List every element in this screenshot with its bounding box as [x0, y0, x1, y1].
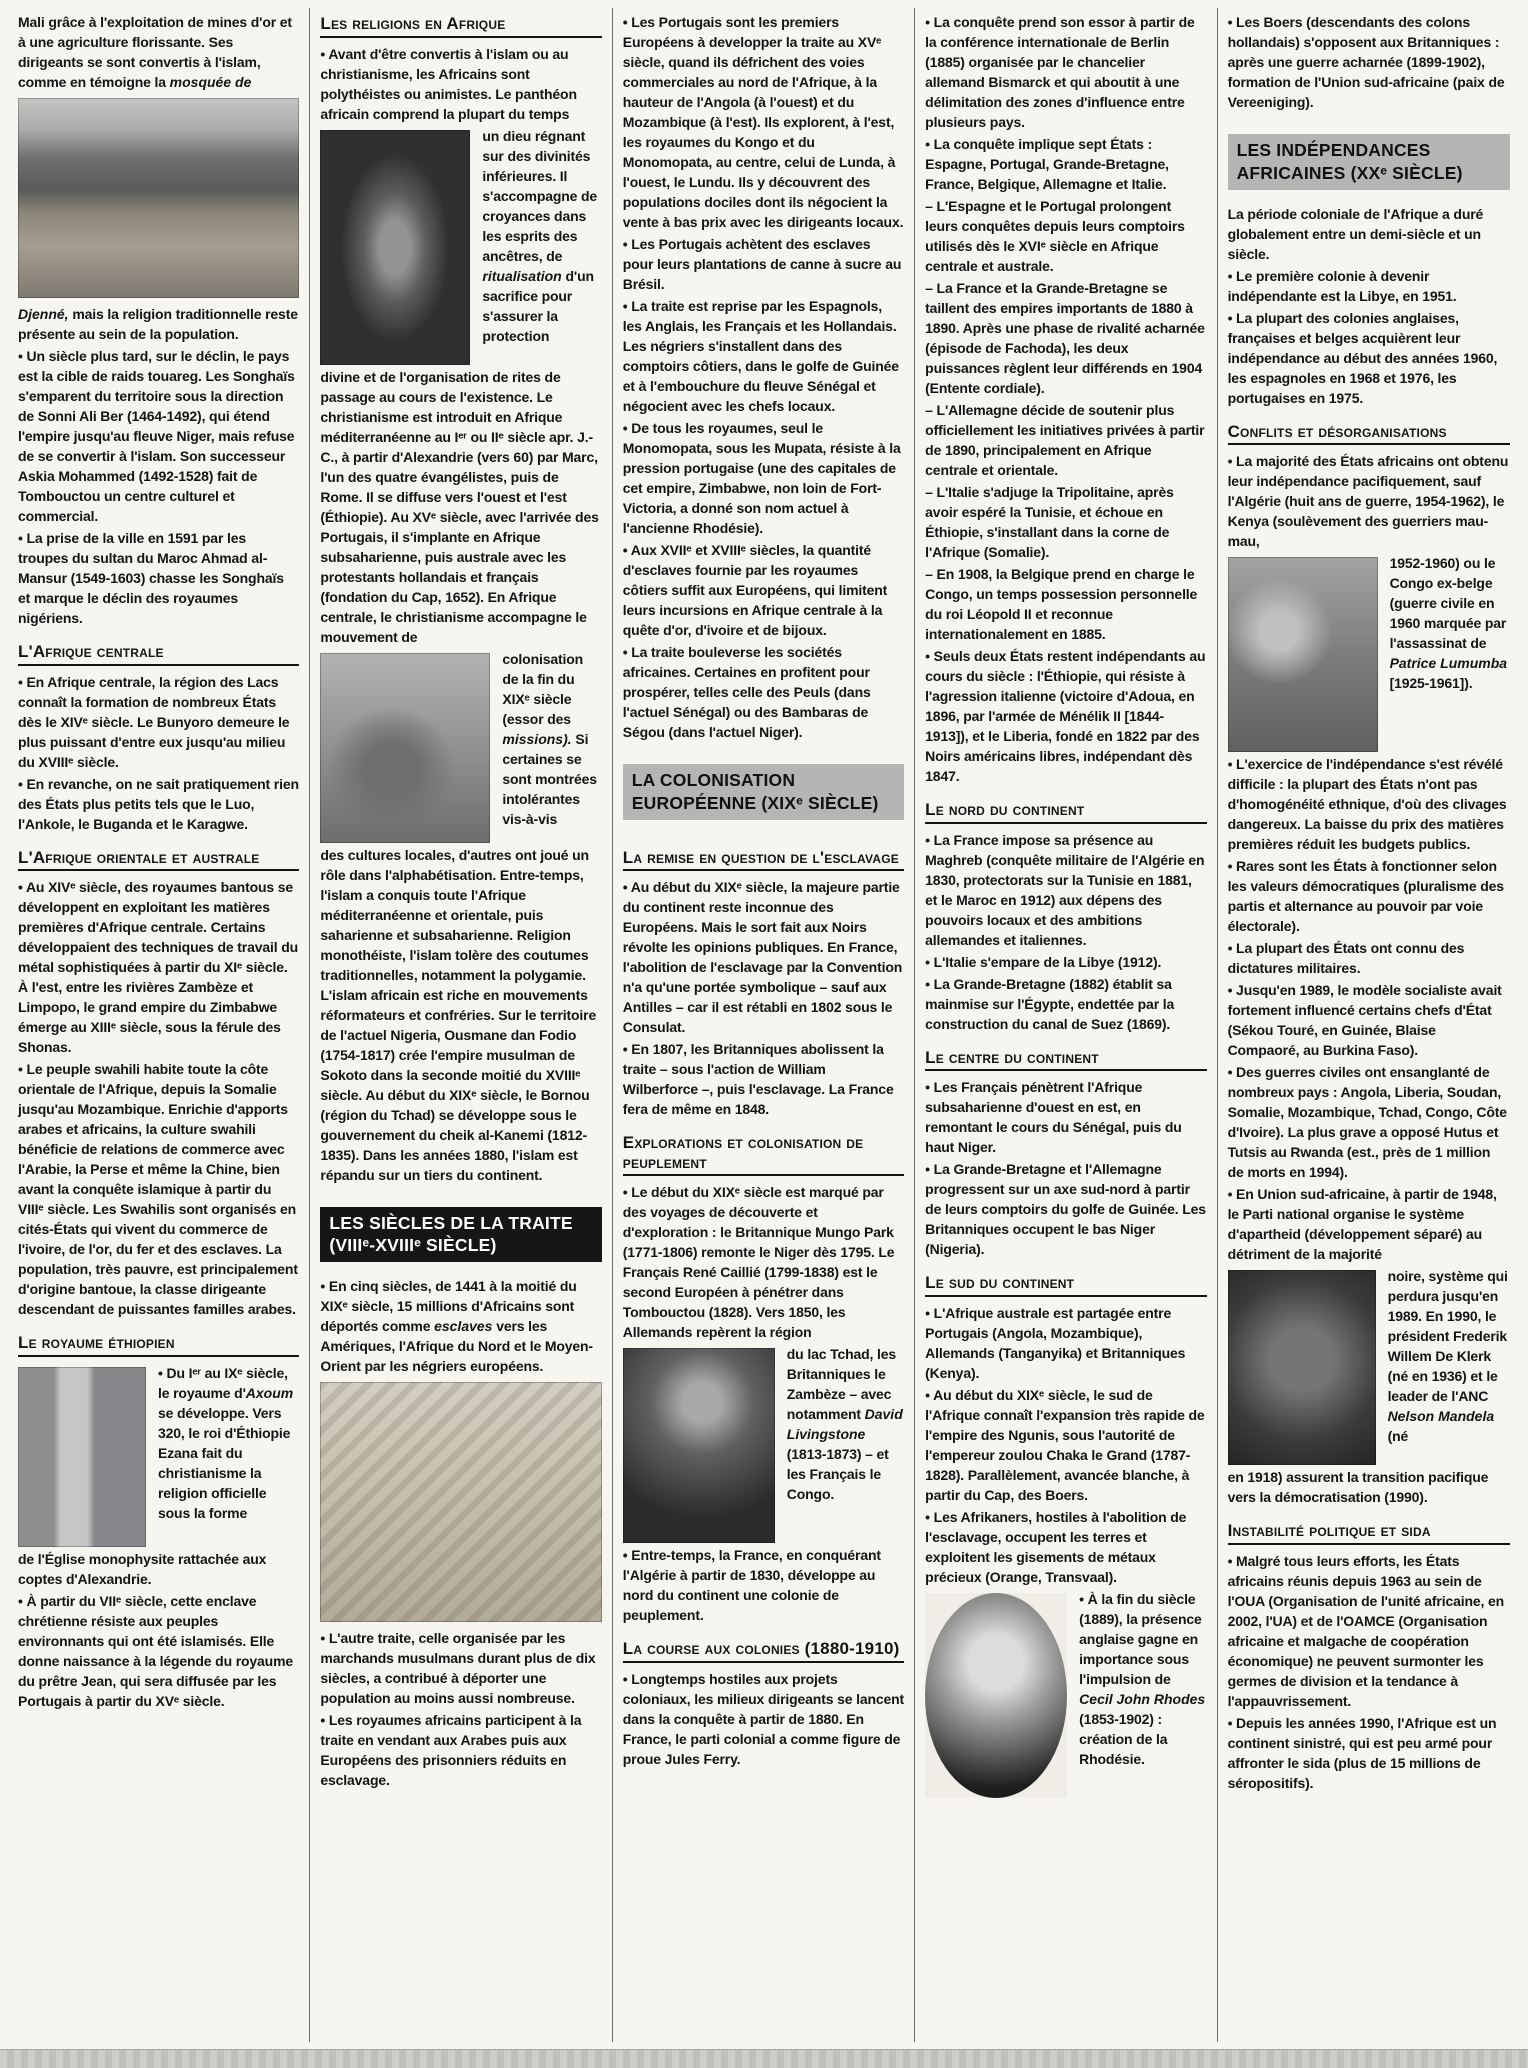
para-independance-pacifique: • La majorité des États africains ont ob…	[1228, 451, 1510, 551]
column-5: • Les Boers (descendants des colons holl…	[1218, 8, 1520, 2042]
para-dictatures: • La plupart des États ont connu des dic…	[1228, 938, 1510, 978]
para-axe-sud-nord: • La Grande-Bretagne et l'Allemagne prog…	[925, 1159, 1206, 1259]
heading-royaume-ethiopien: Le royaume éthiopien	[18, 1333, 299, 1357]
column-1: Mali grâce à l'exploitation de mines d'o…	[8, 8, 310, 2042]
para-polytheistes: • Avant d'être convertis à l'islam ou au…	[320, 44, 601, 124]
para-afrique-australe: • L'Afrique australe est partagée entre …	[925, 1303, 1206, 1383]
para-etats-independants: • Seuls deux États restent indépendants …	[925, 646, 1206, 786]
heading-course-colonies: La course aux colonies (1880-1910)	[623, 1639, 904, 1663]
para-periode-coloniale: La période coloniale de l'Afrique a duré…	[1228, 204, 1510, 264]
column-2: Les religions en Afrique • Avant d'être …	[310, 8, 612, 2042]
heading-sud-continent: Le sud du continent	[925, 1273, 1206, 1297]
para-guerres-civiles: • Des guerres civiles ont ensanglanté de…	[1228, 1062, 1510, 1182]
para-allemagne-initiatives: – L'Allemagne décide de soutenir plus of…	[925, 400, 1206, 480]
para-libye-1912: • L'Italie s'empare de la Libye (1912).	[925, 952, 1206, 972]
para-plantations-bresil: • Les Portugais achètent des esclaves po…	[623, 234, 904, 294]
para-1591-capture: • La prise de la ville en 1591 par les t…	[18, 528, 299, 628]
para-voyages-exploration: • Le début du XIXᵉ siècle est marqué par…	[623, 1182, 904, 1342]
heading-afrique-orientale-australe: L'Afrique orientale et australe	[18, 848, 299, 872]
para-francais-penetrent: • Les Français pénètrent l'Afrique subsa…	[925, 1077, 1206, 1157]
para-quantite-esclaves: • Aux XVIIᵉ et XVIIIᵉ siècles, la quanti…	[623, 540, 904, 640]
para-debut-xix: • Au début du XIXᵉ siècle, la majeure pa…	[623, 877, 904, 1037]
para-hostiles-projets: • Longtemps hostiles aux projets colonia…	[623, 1669, 904, 1769]
nelson-mandela-photo	[1228, 1270, 1376, 1465]
heading-afrique-centrale: L'Afrique centrale	[18, 642, 299, 666]
para-djenne-caption: Djenné, mais la religion traditionnelle …	[18, 304, 299, 344]
para-mali-prosperity: Mali grâce à l'exploitation de mines d'o…	[18, 12, 299, 92]
para-afrikaners: • Les Afrikaners, hostiles à l'abolition…	[925, 1507, 1206, 1587]
para-songhai-decline: • Un siècle plus tard, sur le déclin, le…	[18, 346, 299, 526]
boxheading-colonisation-europeenne: LA COLONISATION EUROPÉENNE (XIXᵉ SIÈCLE)	[623, 764, 904, 820]
encyclopedia-page: Mali grâce à l'exploitation de mines d'o…	[0, 0, 1528, 2068]
djenne-mosque-photo	[18, 98, 299, 298]
rhodes-oval-vignette	[925, 1593, 1067, 1798]
para-petits-etats: • En revanche, on ne sait pratiquement r…	[18, 774, 299, 834]
baoule-mask-photo	[320, 130, 470, 365]
cecil-rhodes-portrait	[925, 1593, 1067, 1798]
para-conference-berlin: • La conquête prend son essor à partir d…	[925, 12, 1206, 132]
para-oua-oamce: • Malgré tous leurs efforts, les États a…	[1228, 1551, 1510, 1711]
heading-instabilite-sida: Instabilité politique et sida	[1228, 1521, 1510, 1545]
para-boers: • Les Boers (descendants des colons holl…	[1228, 12, 1510, 112]
para-region-lacs: • En Afrique centrale, la région des Lac…	[18, 672, 299, 772]
column-4: • La conquête prend son essor à partir d…	[915, 8, 1217, 2042]
para-culture-swahili: • Le peuple swahili habite toute la côte…	[18, 1059, 299, 1319]
para-france-grande-bretagne: – La France et la Grande-Bretagne se tai…	[925, 278, 1206, 398]
para-traite-reprise: • La traite est reprise par les Espagnol…	[623, 296, 904, 416]
column-3: • Les Portugais sont les premiers Europé…	[613, 8, 915, 2042]
heading-conflits-desorganisations: Conflits et désorganisations	[1228, 422, 1510, 446]
para-royaumes-bantous: • Au XIVᵉ siècle, des royaumes bantous s…	[18, 877, 299, 1057]
para-royaumes-participent: • Les royaumes africains participent à l…	[320, 1710, 601, 1790]
columns-container: Mali grâce à l'exploitation de mines d'o…	[0, 0, 1528, 2042]
para-libye-1951: • Le première colonie à devenir indépend…	[1228, 266, 1510, 306]
heading-remise-en-question: La remise en question de l'esclavage	[623, 848, 904, 872]
para-monomopata: • De tous les royaumes, seul le Monomopa…	[623, 418, 904, 538]
para-sida: • Depuis les années 1990, l'Afrique est …	[1228, 1713, 1510, 1793]
axum-obelisk-photo	[18, 1367, 146, 1547]
heading-religions-afrique: Les religions en Afrique	[320, 14, 601, 38]
para-christianisme: divine et de l'organisation de rites de …	[320, 367, 601, 647]
para-colonies-independance: • La plupart des colonies anglaises, fra…	[1228, 308, 1510, 408]
para-abolition-1807: • En 1807, les Britanniques abolissent l…	[623, 1039, 904, 1119]
para-egypte-suez: • La Grande-Bretagne (1882) établit sa m…	[925, 974, 1206, 1034]
boxheading-independances: LES INDÉPENDANCES AFRICAINES (XXᵉ SIÈCLE…	[1228, 134, 1510, 190]
heading-centre-continent: Le centre du continent	[925, 1048, 1206, 1072]
para-islam-expansion: des cultures locales, d'autres ont joué …	[320, 845, 601, 1185]
para-belgique-congo: – En 1908, la Belgique prend en charge l…	[925, 564, 1206, 644]
para-apartheid: • En Union sud-africaine, à partir de 19…	[1228, 1184, 1510, 1264]
slave-trade-engraving	[320, 1382, 601, 1622]
para-algerie-1830: • Entre-temps, la France, en conquérant …	[623, 1545, 904, 1625]
para-sept-etats: • La conquête implique sept États : Espa…	[925, 134, 1206, 194]
para-ngunis-chaka: • Au début du XIXᵉ siècle, le sud de l'A…	[925, 1385, 1206, 1505]
david-livingstone-portrait	[623, 1348, 775, 1543]
para-transition-democratisation: en 1918) assurent la transition pacifiqu…	[1228, 1467, 1510, 1507]
boxheading-siecles-traite: LES SIÈCLES DE LA TRAITE (VIIIᵉ-XVIIIᵉ S…	[320, 1207, 601, 1263]
para-italie-tripolitaine: – L'Italie s'adjuge la Tripolitaine, apr…	[925, 482, 1206, 562]
para-axoum-suite: de l'Église monophysite rattachée aux co…	[18, 1549, 299, 1589]
heading-nord-continent: Le nord du continent	[925, 800, 1206, 824]
heading-explorations-peuplement: Explorations et colonisation de peupleme…	[623, 1133, 904, 1176]
para-exercice-independance: • L'exercice de l'indépendance s'est rév…	[1228, 754, 1510, 854]
para-enclave-chretienne: • À partir du VIIᵉ siècle, cette enclave…	[18, 1591, 299, 1711]
mission-camp-photo	[320, 653, 490, 843]
para-maghreb: • La France impose sa présence au Maghre…	[925, 830, 1206, 950]
para-quinze-millions: • En cinq siècles, de 1441 à la moitié d…	[320, 1276, 601, 1376]
para-portugais-premiers: • Les Portugais sont les premiers Europé…	[623, 12, 904, 232]
page-bottom-edge	[0, 2049, 1528, 2068]
para-valeurs-democratiques: • Rares sont les États à fonctionner sel…	[1228, 856, 1510, 936]
para-espagne-portugal: – L'Espagne et le Portugal prolongent le…	[925, 196, 1206, 276]
para-traite-musulmane: • L'autre traite, celle organisée par le…	[320, 1628, 601, 1708]
para-traite-bouleverse: • La traite bouleverse les sociétés afri…	[623, 642, 904, 742]
patrice-lumumba-photo	[1228, 557, 1378, 752]
para-modele-socialiste: • Jusqu'en 1989, le modèle socialiste av…	[1228, 980, 1510, 1060]
